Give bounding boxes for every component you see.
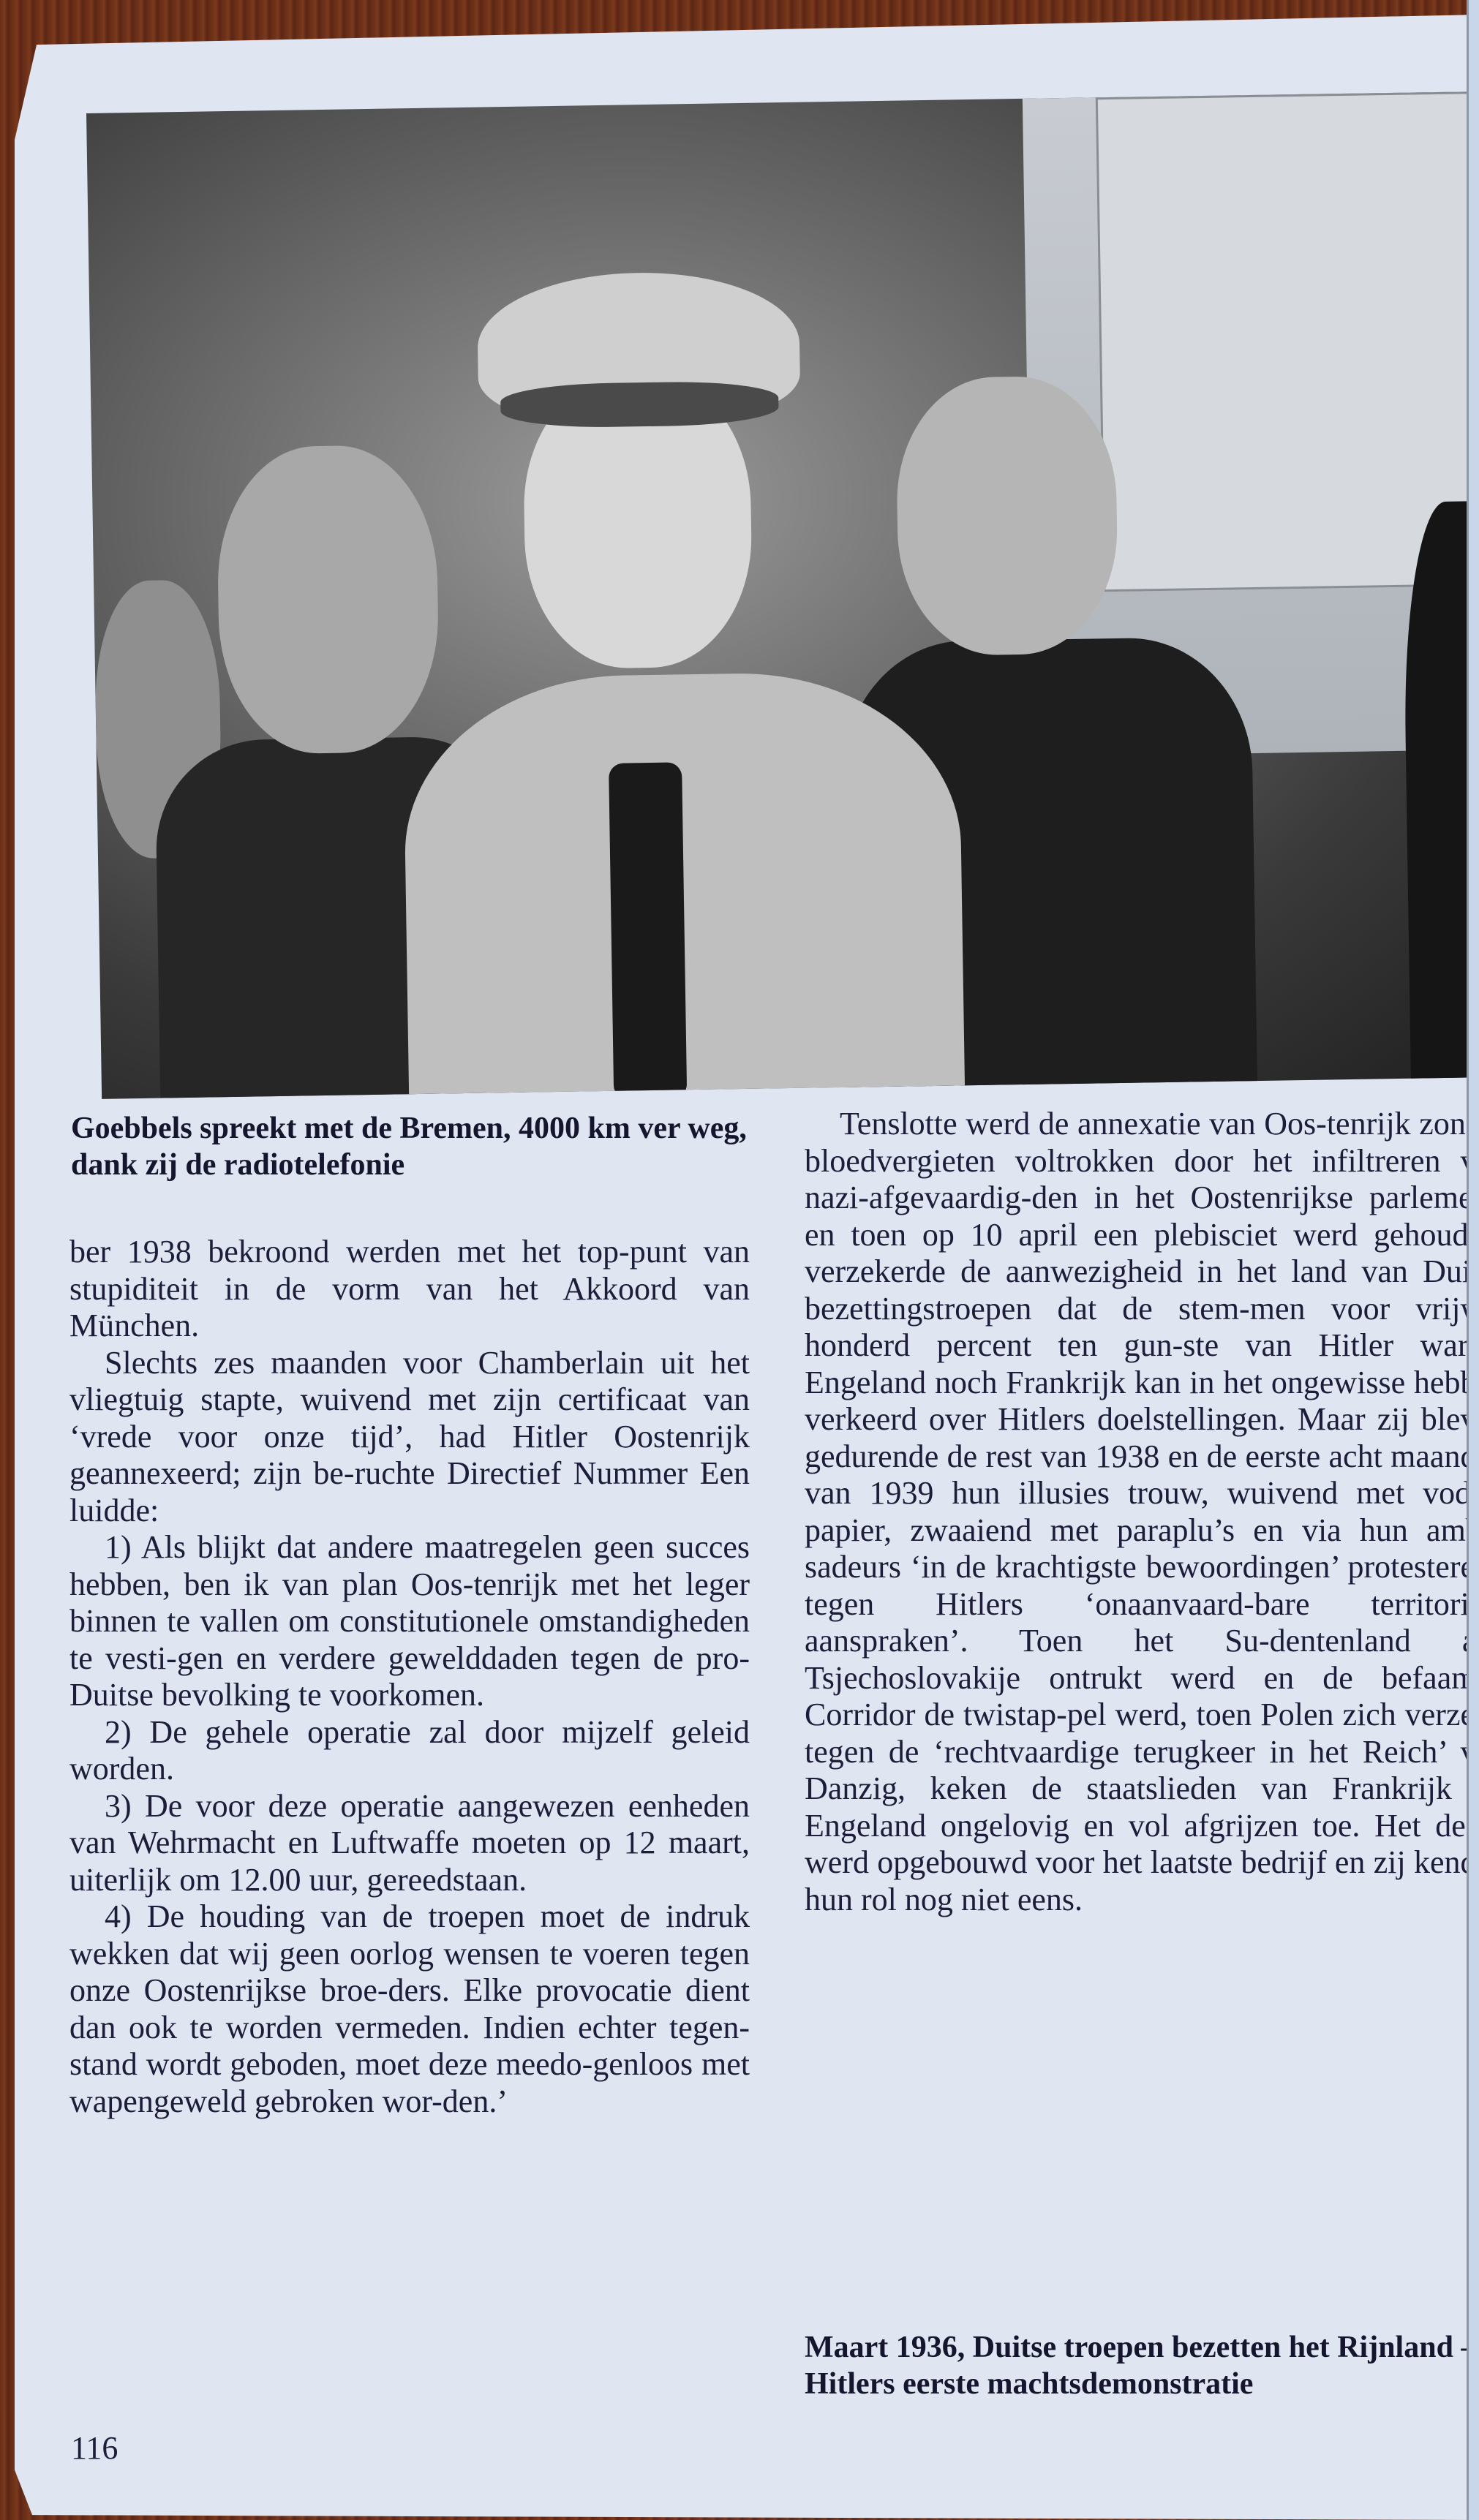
left-text-column: ber 1938 bekroond werden met het top-pun…	[69, 1234, 750, 2120]
historical-photograph	[86, 91, 1479, 1099]
bottom-caption: Maart 1936, Duitse troepen bezetten het …	[805, 2329, 1479, 2402]
directive-item-1: 1) Als blijkt dat andere maatregelen gee…	[69, 1529, 750, 1714]
photo-wall-map	[1096, 91, 1479, 592]
paragraph: Tenslotte werd de annexatie van Oos-tenr…	[805, 1106, 1479, 1918]
photo-figure-left-head	[216, 445, 440, 755]
paragraph: Slechts zes maanden voor Chamberlain uit…	[69, 1345, 750, 1530]
paragraph: ber 1938 bekroond werden met het top-pun…	[69, 1234, 750, 1345]
directive-item-2: 2) De gehele operatie zal door mijzelf g…	[69, 1714, 750, 1788]
directive-item-3: 3) De voor deze operatie aangewezen eenh…	[69, 1788, 750, 1899]
adjacent-page-edge	[1467, 0, 1479, 2520]
right-text-column: Tenslotte werd de annexatie van Oos-tenr…	[805, 1106, 1479, 1918]
directive-item-4: 4) De houding van de troepen moet de ind…	[69, 1898, 750, 2120]
photo-figure-glasses-head	[895, 375, 1119, 657]
page-number: 116	[71, 2429, 118, 2467]
photo-caption: Goebbels spreekt met de Bremen, 4000 km …	[71, 1110, 773, 1183]
photo-cap-band	[500, 380, 779, 429]
photo-telephone-receiver	[609, 762, 687, 1099]
